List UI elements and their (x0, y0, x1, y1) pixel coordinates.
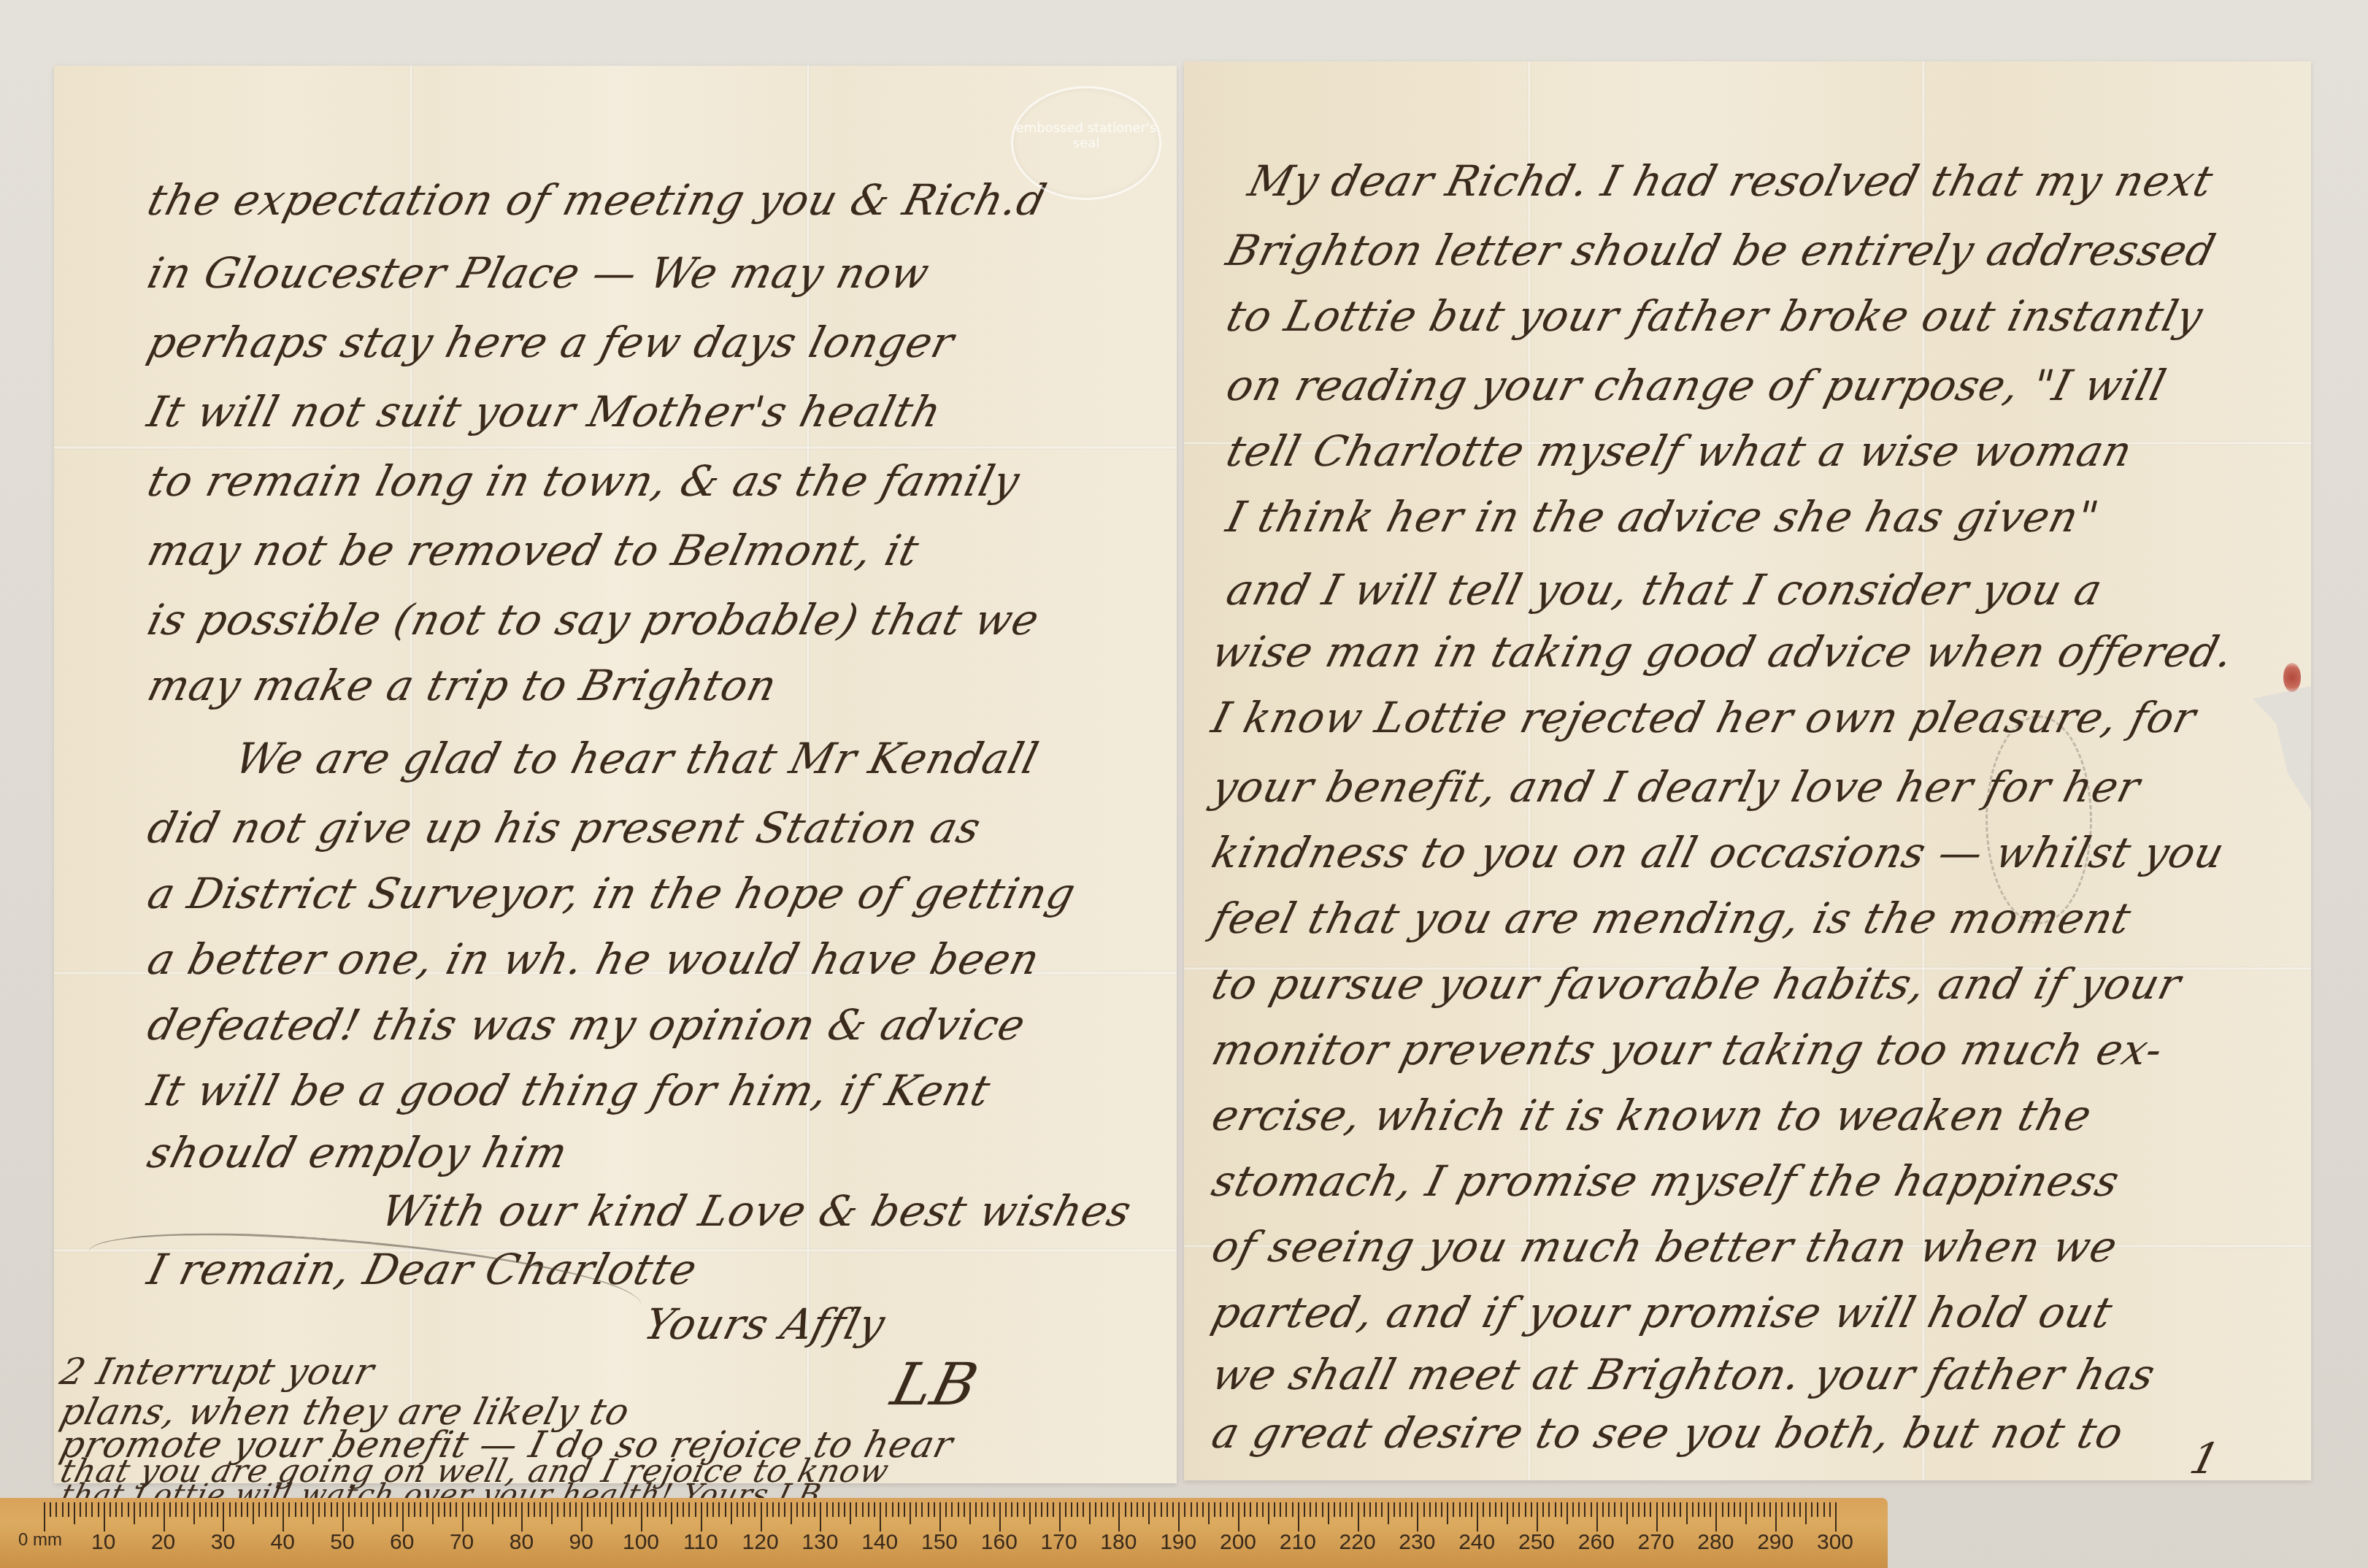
ruler-label: 110 (683, 1530, 718, 1555)
ruler-tick (44, 1502, 45, 1532)
ruler-tick (1220, 1502, 1221, 1517)
ruler-tick (211, 1502, 212, 1517)
ruler-tick (1077, 1502, 1078, 1517)
ruler-tick (910, 1502, 911, 1524)
ruler-tick (157, 1502, 158, 1517)
ruler-tick (975, 1502, 977, 1517)
ruler-tick (683, 1502, 684, 1517)
ruler-tick (934, 1502, 935, 1517)
ruler-tick (1089, 1502, 1091, 1524)
ruler-tick (766, 1502, 768, 1517)
ruler-tick (1769, 1502, 1771, 1517)
ruler-tick (1388, 1502, 1389, 1524)
ruler-tick (1674, 1502, 1675, 1517)
ruler-tick (599, 1502, 601, 1517)
ruler-tick (1369, 1502, 1371, 1517)
letter-right-page: My dear Richd. I had resolved that my ne… (1184, 61, 2311, 1480)
letter-line: a better one, in wh. he would have been (143, 934, 1045, 984)
ruler-tick (348, 1502, 350, 1517)
letter-line: should employ him (143, 1128, 573, 1177)
ruler-tick (808, 1502, 810, 1517)
ruler-tick (1358, 1502, 1359, 1532)
ruler-tick (981, 1502, 983, 1517)
ruler-tick (74, 1502, 75, 1524)
ruler-tick (1715, 1502, 1717, 1532)
ruler-tick (1191, 1502, 1192, 1517)
ruler-tick (1740, 1502, 1741, 1517)
ruler-tick (1381, 1502, 1383, 1517)
letter-line: Brighton letter should be entirely addre… (1222, 226, 2221, 275)
ruler-tick (337, 1502, 338, 1517)
ruler-label: 140 (861, 1530, 898, 1555)
ruler-tick (1339, 1502, 1341, 1517)
ruler-tick (1512, 1502, 1514, 1517)
letter-line: of seeing you much better than when we (1207, 1222, 2123, 1272)
letter-line: we shall meet at Brighton. your father h… (1207, 1350, 2161, 1399)
ruler-label: 10 (91, 1530, 115, 1555)
ruler-tick (539, 1502, 541, 1517)
ruler-label: 150 (921, 1530, 958, 1555)
ruler-tick (1441, 1502, 1442, 1517)
ruler-tick (104, 1502, 105, 1532)
ruler-tick (1578, 1502, 1580, 1517)
ruler-tick (390, 1502, 391, 1517)
ruler-tick (193, 1502, 195, 1524)
ruler-tick (761, 1502, 762, 1532)
ruler-tick (659, 1502, 661, 1517)
ruler-tick (205, 1502, 207, 1517)
ruler-tick (1781, 1502, 1783, 1517)
ruler-tick (1256, 1502, 1258, 1517)
ruler-tick (1501, 1502, 1502, 1517)
letter-line: to pursue your favorable habits, and if … (1207, 959, 2187, 1009)
ruler-tick (1835, 1502, 1837, 1532)
ruler-tick (557, 1502, 558, 1517)
ruler-label: 60 (390, 1530, 414, 1555)
faint-postmark (1985, 715, 2092, 924)
ruler-tick (1083, 1502, 1084, 1517)
letter-line: feel that you are mending, is the moment (1207, 893, 2137, 943)
ruler-tick (623, 1502, 624, 1517)
ruler-tick (731, 1502, 732, 1524)
ruler-tick (1053, 1502, 1054, 1517)
ruler-label: 40 (271, 1530, 295, 1555)
letter-line: It will be a good thing for him, if Kent (143, 1066, 996, 1115)
ruler-tick (593, 1502, 595, 1517)
ruler-label: 130 (801, 1530, 838, 1555)
ruler-label: 210 (1280, 1530, 1316, 1555)
ruler-tick (1728, 1502, 1729, 1517)
ruler-tick (1280, 1502, 1281, 1517)
ruler-tick (1531, 1502, 1532, 1517)
ruler-label: 290 (1757, 1530, 1794, 1555)
letter-line: stomach, I promise myself the happiness (1207, 1156, 2125, 1206)
ruler-tick (1447, 1502, 1448, 1524)
ruler-tick (1632, 1502, 1634, 1517)
ruler-tick (1232, 1502, 1234, 1517)
ruler-label: 200 (1220, 1530, 1256, 1555)
ruler-tick (1148, 1502, 1150, 1524)
letter-line: to Lottie but your father broke out inst… (1222, 291, 2209, 341)
ruler-tick (802, 1502, 804, 1517)
ruler-tick (885, 1502, 887, 1517)
ruler-tick (1166, 1502, 1168, 1517)
ruler-tick (1495, 1502, 1496, 1517)
ruler-tick (169, 1502, 171, 1517)
ruler-tick (993, 1502, 995, 1517)
ruler-tick (1584, 1502, 1585, 1517)
ruler-tick (880, 1502, 881, 1532)
ruler-tick (235, 1502, 237, 1517)
ruler-tick (928, 1502, 929, 1517)
letter-line: perhaps stay here a few days longer (143, 318, 960, 367)
ruler-tick (611, 1502, 612, 1524)
red-wax-seal-remnant (2283, 663, 2301, 692)
ruler-tick (1005, 1502, 1007, 1517)
ruler-tick (1364, 1502, 1365, 1517)
ruler-label: 260 (1578, 1530, 1615, 1555)
ruler-tick (1775, 1502, 1777, 1532)
ruler-tick (1023, 1502, 1025, 1517)
ruler-tick (534, 1502, 535, 1517)
ruler-tick (1226, 1502, 1228, 1517)
ruler-tick (265, 1502, 266, 1517)
ruler-tick (671, 1502, 672, 1524)
ruler-tick (277, 1502, 278, 1517)
letter-line: is possible (not to say probable) that w… (143, 595, 1045, 645)
letter-line: We are glad to hear that Mr Kendall (231, 734, 1044, 783)
ruler-tick (1315, 1502, 1317, 1517)
ruler-tick (581, 1502, 583, 1532)
letter-line: parted, and if your promise will hold ou… (1207, 1288, 2118, 1337)
ruler-tick (444, 1502, 445, 1517)
ruler-tick (1608, 1502, 1610, 1517)
ruler-tick (742, 1502, 744, 1517)
ruler-tick (987, 1502, 988, 1517)
ruler-tick (80, 1502, 81, 1517)
ruler-tick (892, 1502, 893, 1517)
ruler-tick (1011, 1502, 1012, 1517)
ruler-tick (1399, 1502, 1401, 1517)
ruler-tick (1322, 1502, 1323, 1517)
ruler-tick (1411, 1502, 1412, 1517)
ruler-tick (1154, 1502, 1156, 1517)
ruler-tick (665, 1502, 666, 1517)
letter-line: My dear Richd. I had resolved that my ne… (1244, 156, 2218, 206)
ruler-tick (414, 1502, 415, 1517)
ruler-tick (1429, 1502, 1431, 1517)
ruler-tick (1459, 1502, 1461, 1517)
ruler-tick (1621, 1502, 1622, 1517)
ruler-tick (1375, 1502, 1377, 1517)
ruler-tick (438, 1502, 439, 1517)
ruler-tick (1591, 1502, 1592, 1517)
ruler-tick (295, 1502, 296, 1517)
ruler-tick (1561, 1502, 1562, 1517)
ruler-tick (1095, 1502, 1096, 1517)
ruler-tick (1602, 1502, 1604, 1517)
ruler-tick (468, 1502, 469, 1517)
letter-line: ercise, which it is known to weaken the (1207, 1091, 2097, 1140)
letter-line: I think her in the advice she has given" (1222, 492, 2104, 542)
ruler-tick (1638, 1502, 1639, 1517)
ruler-tick (498, 1502, 499, 1517)
ruler-tick (862, 1502, 864, 1517)
ruler-tick (426, 1502, 428, 1517)
ruler-tick (1656, 1502, 1658, 1532)
letter-line: did not give up his present Station as (143, 803, 986, 853)
ruler-tick (354, 1502, 355, 1517)
ruler-tick (396, 1502, 398, 1517)
ruler-tick (1692, 1502, 1694, 1517)
ruler-tick (331, 1502, 332, 1517)
ruler-tick (1567, 1502, 1568, 1524)
ruler-tick (312, 1502, 314, 1524)
ruler-tick (1435, 1502, 1437, 1517)
ruler-tick (366, 1502, 368, 1517)
ruler-tick (455, 1502, 457, 1517)
ruler-tick (223, 1502, 224, 1532)
ruler-tick (1059, 1502, 1061, 1532)
ruler-tick (1137, 1502, 1138, 1517)
ruler-tick (1274, 1502, 1275, 1517)
ruler-tick (1334, 1502, 1335, 1517)
ruler-tick (1107, 1502, 1108, 1517)
ruler-tick (1794, 1502, 1795, 1517)
ruler-tick (301, 1502, 302, 1517)
ruler-tick (545, 1502, 547, 1517)
ruler-tick (1393, 1502, 1395, 1517)
ruler-label: 160 (981, 1530, 1018, 1555)
ruler-tick (342, 1502, 344, 1532)
ruler-label: 70 (450, 1530, 474, 1555)
ruler-tick (1626, 1502, 1628, 1524)
ruler-label: 240 (1458, 1530, 1495, 1555)
ruler-tick (384, 1502, 385, 1517)
signature-closing: Yours Affly (639, 1299, 891, 1349)
ruler-tick (844, 1502, 845, 1517)
letter-line: the expectation of meeting you & Rich.d (143, 175, 1052, 225)
letter-line: may not be removed to Belmont, it (143, 526, 925, 575)
ruler-tick (951, 1502, 953, 1517)
ruler-tick (712, 1502, 714, 1517)
ruler-tick (1112, 1502, 1114, 1517)
ruler-tick (515, 1502, 517, 1517)
seal-text: embossed stationer's seal (1013, 120, 1159, 151)
ruler-tick (569, 1502, 571, 1517)
ruler-tick (1662, 1502, 1664, 1517)
ruler-tick (826, 1502, 828, 1517)
ruler-tick (1453, 1502, 1454, 1517)
ruler-tick (701, 1502, 702, 1532)
ruler-tick (969, 1502, 971, 1524)
ruler-tick (1698, 1502, 1699, 1517)
embossed-seal: embossed stationer's seal (1011, 86, 1161, 200)
ruler-tick (707, 1502, 708, 1517)
ruler-tick (868, 1502, 869, 1517)
ruler-tick (1304, 1502, 1305, 1517)
ruler-tick (1292, 1502, 1293, 1517)
ruler-tick (838, 1502, 839, 1517)
ruler-tick (1805, 1502, 1807, 1524)
ruler-tick (115, 1502, 117, 1517)
ruler-tick (1751, 1502, 1753, 1517)
ruler-tick (832, 1502, 834, 1517)
ruler-tick (641, 1502, 642, 1532)
ruler-tick (1118, 1502, 1120, 1532)
ruler-tick (1525, 1502, 1526, 1517)
ruler-tick (510, 1502, 511, 1517)
ruler-tick (288, 1502, 290, 1517)
ruler-label: 20 (151, 1530, 175, 1555)
ruler-tick (1572, 1502, 1574, 1517)
ruler-label: 250 (1518, 1530, 1555, 1555)
closing-line: With our kind Love & best wishes (377, 1186, 1137, 1236)
postscript-line: 2 Interrupt your (56, 1350, 379, 1393)
ruler-tick (91, 1502, 93, 1517)
ruler-tick (1489, 1502, 1491, 1517)
ruler-tick (814, 1502, 815, 1517)
ruler-label: 220 (1339, 1530, 1376, 1555)
ruler-tick (791, 1502, 792, 1524)
ruler-tick (605, 1502, 607, 1517)
ruler-tick (1065, 1502, 1066, 1517)
ruler-tick (617, 1502, 618, 1517)
ruler-tick (945, 1502, 947, 1517)
ruler-tick (199, 1502, 201, 1517)
ruler-tick (1298, 1502, 1299, 1532)
ruler-tick (258, 1502, 260, 1517)
ruler-tick (904, 1502, 905, 1517)
ruler-tick (1131, 1502, 1132, 1517)
ruler-tick (1214, 1502, 1215, 1517)
ruler-tick (778, 1502, 780, 1517)
ruler-tick (450, 1502, 451, 1517)
ruler-tick (217, 1502, 218, 1517)
ruler-tick (748, 1502, 750, 1517)
ruler-tick (462, 1502, 464, 1532)
ruler-tick (1196, 1502, 1198, 1517)
ruler-tick (1285, 1502, 1287, 1517)
ruler-tick (921, 1502, 923, 1517)
ruler-tick (772, 1502, 774, 1517)
letter-line: tell Charlotte myself what a wise woman (1222, 426, 2138, 476)
ruler-tick (688, 1502, 690, 1517)
ruler-tick (1208, 1502, 1210, 1524)
ruler-tick (1405, 1502, 1407, 1517)
ruler-tick (1644, 1502, 1645, 1517)
ruler-tick (1465, 1502, 1466, 1517)
ruler-tick (492, 1502, 493, 1524)
ruler-tick (1101, 1502, 1102, 1517)
ruler-tick (1071, 1502, 1072, 1517)
ruler-tick (402, 1502, 404, 1532)
ruler-tick (1614, 1502, 1615, 1517)
ruler-tick (999, 1502, 1001, 1532)
ruler-tick (121, 1502, 123, 1517)
ruler-tick (1555, 1502, 1556, 1517)
ruler-tick (282, 1502, 284, 1532)
ruler-label: 50 (330, 1530, 354, 1555)
ruler-label: 270 (1638, 1530, 1675, 1555)
ruler-tick (958, 1502, 959, 1517)
ruler-tick (695, 1502, 696, 1517)
ruler-tick (1722, 1502, 1723, 1517)
ruler-tick (1047, 1502, 1048, 1517)
ruler-tick (915, 1502, 917, 1517)
ruler-tick (820, 1502, 821, 1532)
ruler-tick (677, 1502, 678, 1517)
ruler-tick (1417, 1502, 1418, 1532)
ruler-tick (480, 1502, 481, 1517)
ruler-tick (1537, 1502, 1538, 1532)
ruler-label: 190 (1160, 1530, 1196, 1555)
ruler-tick (653, 1502, 654, 1517)
ruler-tick (1423, 1502, 1425, 1517)
ruler-tick (629, 1502, 631, 1517)
measuring-ruler: 0 mm 10203040506070809010011012013014015… (0, 1498, 1888, 1568)
ruler-tick (62, 1502, 64, 1517)
ruler-tick (1161, 1502, 1162, 1517)
ruler-label: 180 (1100, 1530, 1137, 1555)
ruler-tick (1172, 1502, 1174, 1517)
ruler-tick (50, 1502, 51, 1517)
ruler-tick (1817, 1502, 1818, 1517)
ruler-tick (587, 1502, 588, 1517)
ruler-tick (1734, 1502, 1735, 1517)
ruler-tick (307, 1502, 308, 1517)
letter-line: It will not suit your Mother's health (143, 387, 947, 437)
ruler-tick (432, 1502, 434, 1524)
ruler-tick (551, 1502, 553, 1524)
ruler-tick (253, 1502, 254, 1524)
ruler-tick (1244, 1502, 1245, 1517)
ruler-tick (1686, 1502, 1688, 1524)
ruler-tick (372, 1502, 374, 1524)
ruler-tick (635, 1502, 637, 1517)
ruler-tick (1483, 1502, 1484, 1517)
ruler-tick (1250, 1502, 1251, 1517)
ruler-tick (1745, 1502, 1747, 1524)
ruler-tick (1178, 1502, 1180, 1532)
ruler-tick (964, 1502, 965, 1517)
ruler-tick (68, 1502, 69, 1517)
ruler-tick (737, 1502, 738, 1517)
ruler-tick (1041, 1502, 1042, 1517)
page-number: 1 (2186, 1434, 2226, 1483)
ruler-tick (575, 1502, 577, 1517)
ruler-tick (134, 1502, 135, 1524)
ruler-tick (1542, 1502, 1544, 1517)
ruler-tick (485, 1502, 487, 1517)
ruler-tick (408, 1502, 410, 1517)
ruler-tick (856, 1502, 857, 1517)
letter-line: monitor prevents your taking too much ex… (1207, 1025, 2169, 1075)
letter-line: on reading your change of purpose, "I wi… (1222, 361, 2172, 410)
ruler-label: 300 (1817, 1530, 1853, 1555)
ruler-tick (754, 1502, 756, 1517)
ruler-tick (1788, 1502, 1789, 1517)
ruler-tick (1668, 1502, 1669, 1517)
ruler-tick (939, 1502, 941, 1532)
ruler-label: 170 (1041, 1530, 1077, 1555)
ruler-tick (145, 1502, 147, 1517)
letter-line: in Gloucester Place — We may now (143, 248, 935, 298)
ruler-tick (1202, 1502, 1204, 1517)
ruler-tick (187, 1502, 188, 1517)
ruler-tick (1035, 1502, 1037, 1517)
ruler-tick (1268, 1502, 1269, 1524)
